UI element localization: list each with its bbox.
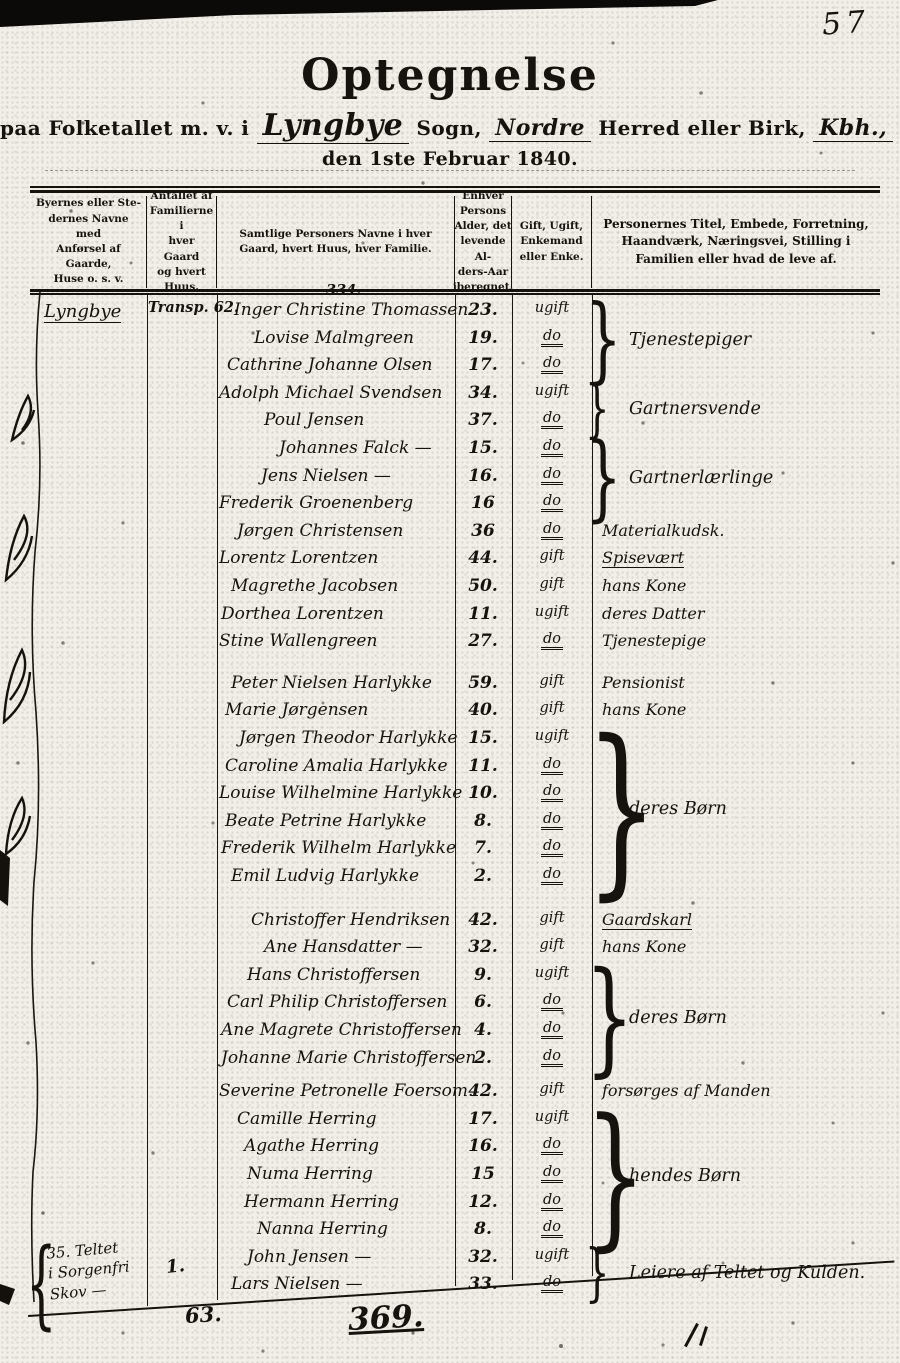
group-occupation-label: deres Børn: [629, 1008, 727, 1028]
person-name: Inger Christine Thomassen: [219, 300, 468, 320]
marital-status: ugift: [535, 604, 569, 620]
person-name: Ane Magrete Christoffersen: [219, 1020, 455, 1040]
curly-brace-icon: }: [585, 298, 622, 381]
person-name: Frederik Groenenberg: [219, 493, 453, 513]
person-age: 17.: [455, 355, 511, 375]
occupation-group: } Tjenestepiger: [585, 298, 885, 381]
marital-status: ugift: [535, 300, 569, 316]
marital-status: do: [541, 631, 563, 650]
marital-status: do: [541, 1219, 563, 1238]
marital-status: do: [541, 1136, 563, 1155]
table-row: Stine Wallengreen 27. do Tjenestepige: [30, 631, 890, 658]
person-name: Jørgen Christensen: [219, 521, 471, 541]
marital-status: gift: [539, 1081, 564, 1097]
person-age: 16.: [455, 466, 511, 486]
person-age: 44.: [455, 548, 511, 568]
marital-status: do: [541, 1048, 563, 1067]
occupation-group: } Gartnerlærlinge: [585, 436, 885, 519]
marital-status: ugift: [535, 728, 569, 744]
person-name: Adolph Michael Svendsen: [219, 383, 453, 403]
person-name: Carl Philip Christoffersen: [219, 992, 461, 1012]
person-age: 36: [455, 521, 511, 541]
person-age: 34.: [455, 383, 511, 403]
marital-status: do: [541, 838, 563, 857]
occupation-group: } hendes Børn: [585, 1107, 885, 1245]
person-age: 15.: [455, 728, 511, 748]
person-age: 2.: [455, 866, 511, 886]
person-occupation: Tjenestepige: [602, 631, 706, 650]
person-age: 59.: [455, 673, 511, 693]
person-name: Cathrine Johanne Olsen: [219, 355, 461, 375]
person-name: Beate Petrine Harlykke: [219, 811, 459, 831]
marital-status: do: [541, 328, 563, 347]
person-name: Marie Jørgensen: [219, 700, 459, 720]
total-persons: 369.: [347, 1298, 424, 1338]
person-name: Hans Christoffersen: [219, 965, 481, 985]
marital-status: ugift: [535, 383, 569, 399]
person-age: 37.: [455, 410, 511, 430]
person-age: 2.: [455, 1048, 511, 1068]
group-occupation-label: Tjenestepiger: [629, 330, 751, 350]
person-age: 9.: [455, 965, 511, 985]
person-name: Lorentz Lorentzen: [219, 548, 453, 568]
marital-status: do: [541, 756, 563, 775]
marital-status: do: [541, 410, 563, 429]
person-name: Emil Ludvig Harlykke: [219, 866, 465, 886]
person-name: Magrethe Jacobsen: [219, 576, 465, 596]
occupation-group: } Gartnersvende: [585, 381, 885, 437]
person-age: 50.: [455, 576, 511, 596]
occupation-group: } Leiere af Teltet og Kulden.: [585, 1245, 885, 1301]
marital-status: gift: [539, 910, 564, 926]
person-age: 40.: [455, 700, 511, 720]
person-occupation: hans Kone: [602, 576, 686, 595]
marital-status: gift: [539, 700, 564, 716]
curly-brace-icon: }: [585, 963, 634, 1074]
curly-brace-icon: }: [585, 1245, 610, 1301]
marital-status: do: [541, 811, 563, 830]
person-name: Johanne Marie Christoffersen: [219, 1048, 455, 1068]
person-age: 16.: [455, 1136, 511, 1156]
person-age: 15.: [455, 438, 511, 458]
person-occupation: deres Datter: [602, 604, 704, 623]
person-age: 42.: [455, 1081, 511, 1101]
group-occupation-label: hendes Børn: [629, 1166, 741, 1186]
person-age: 11.: [455, 756, 511, 776]
census-sheet: 57 Optegnelse paa Folketallet m. v. i Ly…: [0, 0, 900, 1363]
person-age: 32.: [455, 937, 511, 957]
person-name: Camille Herring: [219, 1109, 471, 1129]
person-name: Jens Nielsen —: [219, 466, 495, 486]
person-age: 12.: [455, 1192, 511, 1212]
group-occupation-label: Gartnersvende: [629, 399, 761, 419]
group-occupation-label: Gartnerlærlinge: [629, 468, 773, 488]
person-name: Numa Herring: [219, 1164, 481, 1184]
person-age: 32.: [455, 1247, 511, 1267]
person-age: 6.: [455, 992, 511, 1012]
person-age: 42.: [455, 910, 511, 930]
marital-status: do: [541, 1164, 563, 1183]
person-age: 27.: [455, 631, 511, 651]
person-age: 8.: [455, 811, 511, 831]
table-row: Jørgen Christensen 36 do Materialkudsk.: [30, 521, 890, 548]
table-row: Severine Petronelle Foersom. 42. gift fo…: [30, 1081, 890, 1108]
marital-status: do: [541, 355, 563, 374]
person-name: John Jensen —: [219, 1247, 481, 1267]
person-age: 23.: [455, 300, 511, 320]
person-name: Nanna Herring: [219, 1219, 491, 1239]
marital-status: ugift: [535, 1109, 569, 1125]
marital-status: do: [541, 521, 563, 540]
person-name: Dorthea Lorentzen: [219, 604, 455, 624]
table-row: Ane Hansdatter — 32. gift hans Kone: [30, 937, 890, 964]
marital-status: do: [541, 1192, 563, 1211]
person-name: Stine Wallengreen: [219, 631, 453, 651]
person-age: 7.: [455, 838, 511, 858]
person-occupation: Pensionist: [602, 673, 685, 692]
marital-status: gift: [539, 576, 564, 592]
marital-status: do: [541, 992, 563, 1011]
person-name: Christoffer Hendriksen: [219, 910, 485, 930]
marital-status: ugift: [535, 965, 569, 981]
person-age: 19.: [455, 328, 511, 348]
table-row: Dorthea Lorentzen 11. ugift deres Datter: [30, 604, 890, 631]
marital-status: do: [541, 866, 563, 885]
occupation-group: } deres Børn: [585, 963, 885, 1074]
person-age: 17.: [455, 1109, 511, 1129]
person-name: Lovise Malmgreen: [219, 328, 488, 348]
table-row: Marie Jørgensen 40. gift hans Kone: [30, 700, 890, 727]
person-age: 8.: [455, 1219, 511, 1239]
marital-status: do: [541, 1020, 563, 1039]
marital-status: ugift: [535, 1247, 569, 1263]
marital-status: do: [541, 783, 563, 802]
table-row: Magrethe Jacobsen 50. gift hans Kone: [30, 576, 890, 603]
person-age: 10.: [455, 783, 511, 803]
curly-brace-icon: }: [585, 436, 622, 519]
person-name: Agathe Herring: [219, 1136, 478, 1156]
group-occupation-label: deres Børn: [629, 799, 727, 819]
marital-status: gift: [539, 548, 564, 564]
marital-status: do: [541, 438, 563, 457]
marital-status: gift: [539, 937, 564, 953]
person-age: 15: [455, 1164, 511, 1184]
person-name: Frederik Wilhelm Harlykke: [219, 838, 455, 858]
person-age: 4.: [455, 1020, 511, 1040]
person-age: 11.: [455, 604, 511, 624]
person-name: Peter Nielsen Harlykke: [219, 673, 465, 693]
total-families: 63.: [184, 1301, 222, 1328]
marital-status: gift: [539, 673, 564, 689]
table-row: Peter Nielsen Harlykke 59. gift Pensioni…: [30, 673, 890, 700]
person-occupation: Spisevært: [602, 548, 684, 568]
person-name: Hermann Herring: [219, 1192, 478, 1212]
person-name: Severine Petronelle Foersom.: [219, 1081, 453, 1101]
occupation-group: } deres Børn: [585, 726, 885, 892]
table-row: Christoffer Hendriksen 42. gift Gaardska…: [30, 910, 890, 937]
person-name: Caroline Amalia Harlykke: [219, 756, 459, 776]
marital-status: do: [541, 493, 563, 512]
person-name: Jørgen Theodor Harlykke: [219, 728, 473, 748]
records-layer: Inger Christine Thomassen 23. ugift Lovi…: [0, 0, 900, 1363]
marital-status: do: [541, 466, 563, 485]
person-age: 16: [455, 493, 511, 513]
table-row: Lorentz Lorentzen 44. gift Spisevært: [30, 548, 890, 575]
person-name: Louise Wilhelmine Harlykke: [219, 783, 453, 803]
